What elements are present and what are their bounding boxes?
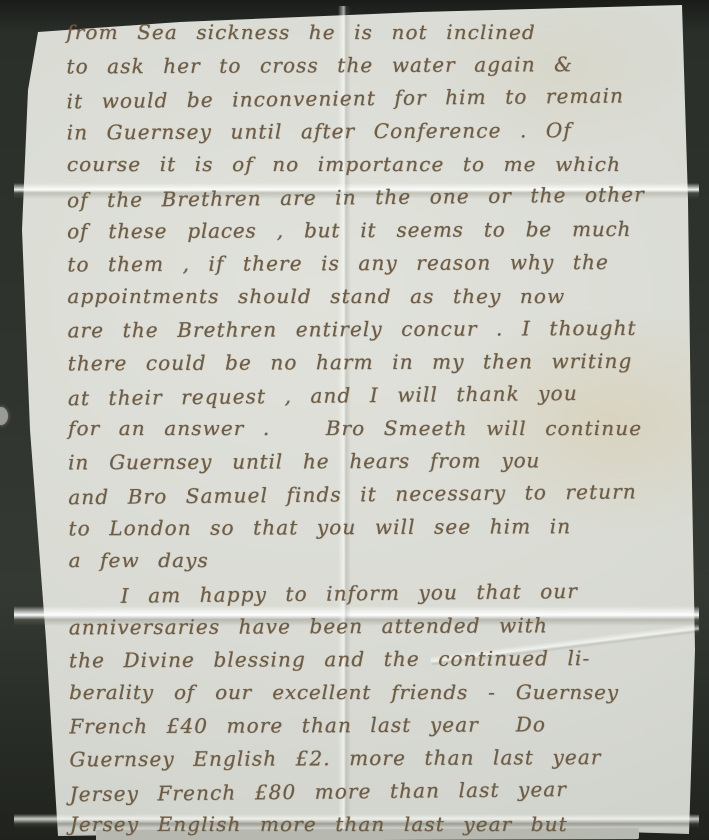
letter-line: Jersey French £80 more than last year	[69, 772, 694, 812]
letter-line: in Guernsey until after Conference . Of	[67, 114, 692, 150]
letter-line: at their request , and I will thank you	[68, 376, 693, 416]
letter-line: it would be inconvenient for him to rema…	[66, 79, 691, 119]
backdrop-dot	[0, 407, 8, 425]
letter-photo: from Sea sickness he is not inclinedto a…	[0, 0, 709, 840]
letter-line: to ask her to cross the water again &	[66, 48, 691, 84]
letter-line: for an answer . Bro Smeeth will continue	[68, 412, 693, 445]
letter-line: appointments should stand as they now	[67, 280, 692, 313]
letter-line: Guernsey English £2. more than last year	[69, 741, 694, 777]
letter-line: French £40 more than last year Do	[69, 708, 694, 744]
letter-line: course it is of no importance to me whic…	[67, 148, 692, 181]
letter-line: of these places , but it seems to be muc…	[67, 213, 692, 249]
letter-line: to them , if there is any reason why the	[67, 246, 692, 282]
letter-line: the Divine blessing and the continued li…	[69, 642, 694, 678]
letter-line: to London so that you will see him in	[68, 510, 693, 546]
letter-line: there could be no harm in my then writin…	[68, 345, 693, 381]
letter-text: from Sea sickness he is not inclinedto a…	[66, 15, 695, 840]
letter-line: I am happy to inform you that our	[69, 574, 694, 614]
letter-line: are the Brethren entirely concur . I tho…	[68, 312, 693, 348]
letter-line: and Bro Samuel finds it necessary to ret…	[68, 475, 693, 515]
letter-line: of the Brethren are in the one or the ot…	[67, 178, 692, 218]
letter-line: a few days	[69, 544, 694, 577]
letter-line: from Sea sickness he is not inclined	[66, 16, 691, 49]
letter-line: Jersey English more than last year but	[70, 808, 695, 840]
letter-line: anniversaries have been attended with	[69, 609, 694, 645]
letter-line: berality of our excellent friends - Guer…	[69, 676, 694, 709]
letter-line: in Guernsey until he hears from you	[68, 444, 693, 480]
